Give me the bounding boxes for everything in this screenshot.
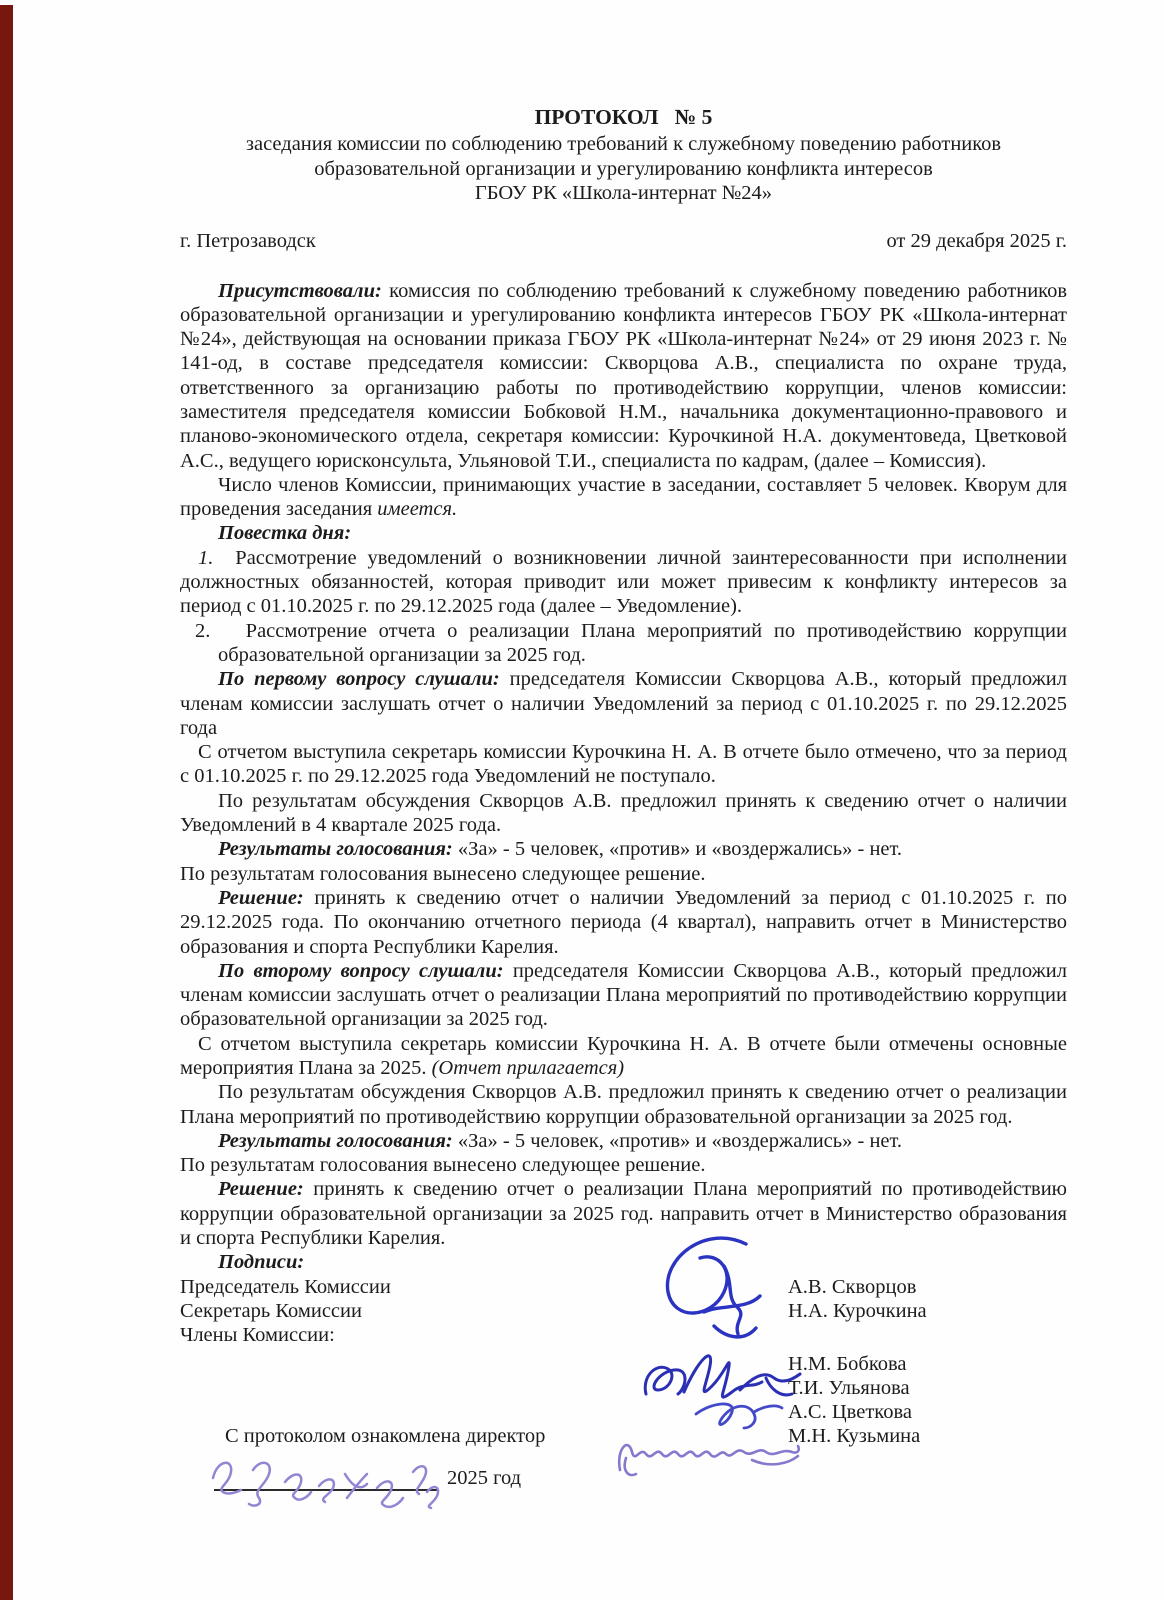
director-acknowledgement-label: С протоколом ознакомлена директор: [180, 1424, 788, 1448]
decision2-text: принять к сведению отчет о реализации Пл…: [180, 1178, 1067, 1249]
agenda-item-2: 2. Рассмотрение отчета о реализации План…: [218, 619, 1067, 668]
member2-name: Т.И. Ульянова: [788, 1376, 910, 1400]
document-body: Присутствовали: комиссия по соблюдению т…: [180, 279, 1067, 1491]
attendees-lead: Присутствовали:: [218, 280, 382, 302]
paragraph-question1: По первому вопросу слушали: председателя…: [180, 667, 1067, 740]
question2-lead: По второму вопросу слушали:: [218, 960, 504, 982]
paragraph-question2-report: С отчетом выступила секретарь комиссии К…: [180, 1032, 1067, 1081]
member1-name: Н.М. Бобкова: [788, 1352, 907, 1376]
signature-row-director: С протоколом ознакомлена директор М.Н. К…: [180, 1424, 1067, 1448]
vote1-lead: Результаты голосования:: [218, 838, 453, 860]
agenda-item-1-number: 1.: [198, 547, 213, 569]
vote1-text: «За» - 5 человек, «против» и «воздержали…: [458, 838, 902, 860]
signature-block: Председатель Комиссии А.В. Скворцов Секр…: [180, 1275, 1067, 1491]
question2-report-attachment: (Отчет прилагается): [432, 1057, 625, 1079]
paragraph-vote2-outcome: По результатам голосования вынесено след…: [180, 1153, 1067, 1177]
paragraph-quorum: Число членов Комиссии, принимающих участ…: [180, 473, 1067, 522]
paragraph-question2-discussion: По результатам обсуждения Скворцов А.В. …: [180, 1080, 1067, 1129]
city-date-row: г. Петрозаводск от 29 декабря 2025 г.: [180, 229, 1067, 254]
signature-row-chair: Председатель Комиссии А.В. Скворцов: [180, 1275, 1067, 1299]
vote2-text: «За» - 5 человек, «против» и «воздержали…: [458, 1130, 902, 1152]
vote2-lead: Результаты голосования:: [218, 1130, 453, 1152]
member3-name: А.С. Цветкова: [788, 1400, 912, 1424]
decision1-text: принять к сведению отчет о наличии Уведо…: [180, 887, 1067, 958]
signature-row-member2: Т.И. Ульянова: [180, 1376, 1067, 1400]
paragraph-attendees: Присутствовали: комиссия по соблюдению т…: [180, 279, 1067, 473]
chair-name: А.В. Скворцов: [788, 1275, 916, 1299]
paragraph-vote1: Результаты голосования: «За» - 5 человек…: [180, 837, 1067, 861]
paragraph-decision2: Решение: принять к сведению отчет о реал…: [180, 1177, 1067, 1250]
secretary-name: Н.А. Курочкина: [788, 1299, 927, 1323]
chair-role-label: Председатель Комиссии: [180, 1275, 788, 1299]
agenda-item-1: 1. Рассмотрение уведомлений о возникнове…: [180, 546, 1067, 619]
attendees-text: комиссия по соблюдению требований к служ…: [180, 280, 1067, 472]
quorum-italic: имеется.: [377, 498, 457, 520]
signature-row-members-label: Члены Комиссии:: [180, 1323, 1067, 1347]
secretary-role-label: Секретарь Комиссии: [180, 1299, 788, 1323]
signature-row-member3: А.С. Цветкова: [180, 1400, 1067, 1424]
signature-row-member1: Н.М. Бобкова: [180, 1352, 1067, 1376]
paragraph-vote1-outcome: По результатам голосования вынесено след…: [180, 862, 1067, 886]
document-subtitle-line3: ГБОУ РК «Школа-интернат №24»: [180, 181, 1067, 206]
paragraph-question2: По второму вопросу слушали: председателя…: [180, 959, 1067, 1032]
quorum-text: Число членов Комиссии, принимающих участ…: [180, 474, 1067, 520]
question1-lead: По первому вопросу слушали:: [218, 668, 500, 690]
year-label: 2025 год: [447, 1465, 521, 1491]
document-title: ПРОТОКОЛ № 5: [180, 104, 1067, 130]
scanned-protocol-page: ПРОТОКОЛ № 5 заседания комиссии по соблю…: [0, 0, 1164, 1600]
paragraph-question1-report: С отчетом выступила секретарь комиссии К…: [180, 740, 1067, 789]
agenda-heading: Повестка дня:: [180, 521, 1067, 545]
signatures-heading: Подписи:: [180, 1250, 1067, 1274]
agenda-item-1-text: Рассмотрение уведомлений о возникновении…: [180, 547, 1067, 618]
handwritten-date-row: 2025 год: [180, 1463, 1067, 1491]
scan-edge-strip: [0, 5, 13, 1600]
signature-row-secretary: Секретарь Комиссии Н.А. Курочкина: [180, 1299, 1067, 1323]
protocol-date: от 29 декабря 2025 г.: [886, 229, 1067, 254]
members-role-label: Члены Комиссии:: [180, 1323, 788, 1347]
agenda-item-2-text: Рассмотрение отчета о реализации Плана м…: [218, 620, 1067, 666]
agenda-item-2-number: 2.: [195, 620, 210, 642]
city-label: г. Петрозаводск: [180, 229, 316, 254]
handwritten-date-underline: [214, 1463, 439, 1491]
document-content: ПРОТОКОЛ № 5 заседания комиссии по соблю…: [180, 104, 1067, 1491]
paragraph-decision1: Решение: принять к сведению отчет о нали…: [180, 886, 1067, 959]
decision1-lead: Решение:: [218, 887, 304, 909]
decision2-lead: Решение:: [218, 1178, 304, 1200]
paragraph-vote2: Результаты голосования: «За» - 5 человек…: [180, 1129, 1067, 1153]
paragraph-question1-discussion: По результатам обсуждения Скворцов А.В. …: [180, 789, 1067, 838]
document-subtitle-line2: образовательной организации и урегулиров…: [180, 157, 1067, 182]
document-subtitle-line1: заседания комиссии по соблюдению требова…: [180, 132, 1067, 157]
director-name: М.Н. Кузьмина: [788, 1424, 920, 1448]
